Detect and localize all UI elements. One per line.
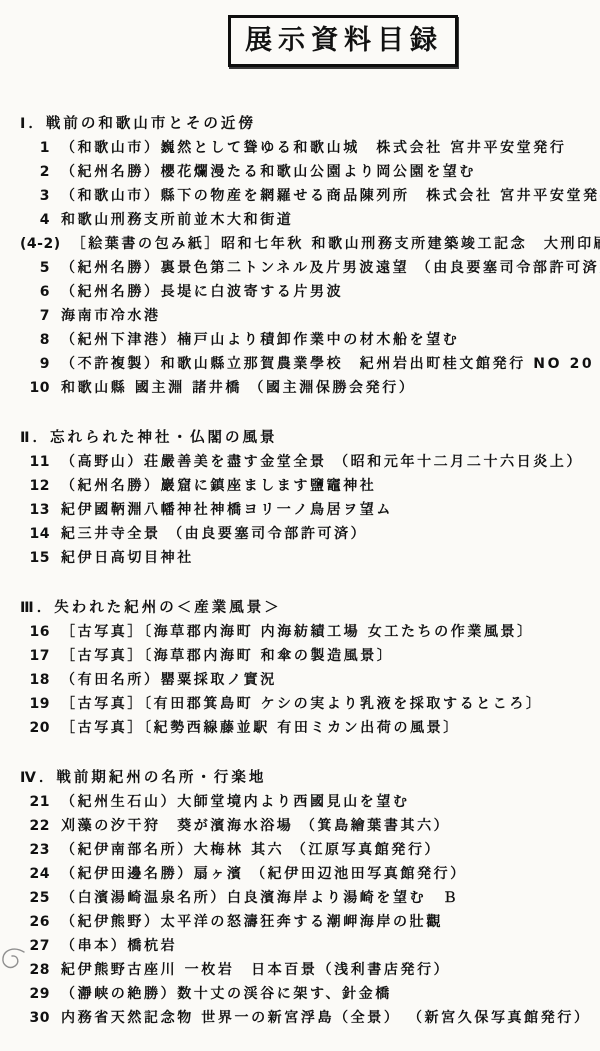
- item-text: （不許複製）和歌山縣立那賀農業學校 紀州岩出町桂文館発行 NO 20: [61, 352, 594, 376]
- item-text: （紀伊熊野）太平洋の怒濤狂奔する潮岬海岸の壯觀: [61, 910, 443, 934]
- item-number: 8: [20, 328, 50, 352]
- catalog-item-row: 24（紀伊田邊名勝）扇ヶ濱 （紀伊田辺池田写真館発行）: [20, 862, 598, 886]
- item-text: 紀三井寺全景 （由良要塞司令部許可済）: [61, 522, 367, 546]
- scanned-document-page: 展示資料目録 Ⅰ．戦前の和歌山市とその近傍1（和歌山市）巍然として聳ゆる和歌山城…: [0, 0, 600, 1051]
- item-text: （有田名所）罌粟採取ノ實況: [61, 668, 277, 692]
- item-text: （紀州生石山）大師堂境内より西國見山を望む: [61, 790, 410, 814]
- catalog-item-row: 2（紀州名勝）櫻花爛漫たる和歌山公園より岡公園を望む: [20, 160, 598, 184]
- catalog-item-row: 5（紀州名勝）裏景色第二トンネル及片男波遠望 （由良要塞司令部許可済）: [20, 256, 598, 280]
- item-number: 18: [20, 668, 50, 692]
- item-text: （和歌山市）縣下の物産を網羅せる商品陳列所 株式会社 宮井平安堂発行: [61, 184, 600, 208]
- catalog-item-row: 8（紀州下津港）楠戸山より積卸作業中の材木船を望む: [20, 328, 598, 352]
- catalog-item-row: 29（瀞峡の絶勝）数十丈の渓谷に架す、針金橋: [20, 982, 598, 1006]
- item-number: 13: [20, 498, 50, 522]
- catalog-item-row: 6（紀州名勝）長堤に白波寄する片男波: [20, 280, 598, 304]
- item-number: (4-2): [20, 232, 61, 256]
- catalog-item-row: 17［古写真］〔海草郡内海町 和傘の製造風景〕: [20, 644, 598, 668]
- item-text: （瀞峡の絶勝）数十丈の渓谷に架す、針金橋: [61, 982, 392, 1006]
- item-number: 4: [20, 208, 50, 232]
- item-text: ［古写真］〔有田郡箕島町 ケシの実より乳液を採取するところ〕: [61, 692, 543, 716]
- catalog-item-row: 30内務省天然記念物 世界一の新宮浮島（全景） （新宮久保写真館発行）: [20, 1006, 598, 1030]
- item-number: 21: [20, 790, 50, 814]
- catalog-section: Ⅱ．忘れられた神社・仏閣の風景11（高野山）荘嚴善美を盡す金堂全景 （昭和元年十…: [20, 426, 598, 570]
- section-heading: Ⅰ．戦前の和歌山市とその近傍: [20, 112, 598, 136]
- item-number: 25: [20, 886, 50, 910]
- item-text: （串本）橋杭岩: [61, 934, 177, 958]
- catalog-item-row: 13紀伊國鞆淵八幡神社神橋ヨリ一ノ鳥居ヲ望ム: [20, 498, 598, 522]
- catalog-item-row: 3（和歌山市）縣下の物産を網羅せる商品陳列所 株式会社 宮井平安堂発行: [20, 184, 598, 208]
- item-text: 海南市冷水港: [61, 304, 161, 328]
- page-title: 展示資料目録: [245, 27, 443, 54]
- item-number: 20: [20, 716, 50, 740]
- section-heading: Ⅲ．失われた紀州の＜産業風景＞: [20, 596, 598, 620]
- catalog-item-row: 15紀伊日高切目神社: [20, 546, 598, 570]
- catalog-item-row: 4和歌山刑務支所前並木大和街道: [20, 208, 598, 232]
- item-number: 30: [20, 1006, 50, 1030]
- catalog-item-row: 14紀三井寺全景 （由良要塞司令部許可済）: [20, 522, 598, 546]
- catalog-item-row: 16［古写真］〔海草郡内海町 内海紡績工場 女工たちの作業風景〕: [20, 620, 598, 644]
- item-number: 23: [20, 838, 50, 862]
- item-text: （紀州名勝）長堤に白波寄する片男波: [61, 280, 343, 304]
- catalog-item-row: 25（白濱湯崎温泉名所）白良濱海岸より湯崎を望む Ｂ: [20, 886, 598, 910]
- item-text: 和歌山縣 國主淵 諸井橋 （國主淵保勝会発行）: [61, 376, 415, 400]
- catalog-content: Ⅰ．戦前の和歌山市とその近傍1（和歌山市）巍然として聳ゆる和歌山城 株式会社 宮…: [20, 112, 598, 1030]
- catalog-item-row: 9（不許複製）和歌山縣立那賀農業學校 紀州岩出町桂文館発行 NO 20: [20, 352, 598, 376]
- item-text: （和歌山市）巍然として聳ゆる和歌山城 株式会社 宮井平安堂発行: [61, 136, 566, 160]
- item-number: 15: [20, 546, 50, 570]
- item-text: 和歌山刑務支所前並木大和街道: [61, 208, 293, 232]
- item-text: ［絵葉書の包み紙］昭和七年秋 和歌山刑務支所建築竣工記念 大刑印刷部製: [72, 232, 600, 256]
- catalog-item-row: 26（紀伊熊野）太平洋の怒濤狂奔する潮岬海岸の壯觀: [20, 910, 598, 934]
- item-number: 3: [20, 184, 50, 208]
- item-text: 内務省天然記念物 世界一の新宮浮島（全景） （新宮久保写真館発行）: [61, 1006, 591, 1030]
- item-text: （白濱湯崎温泉名所）白良濱海岸より湯崎を望む Ｂ: [61, 886, 459, 910]
- catalog-item-row: 10和歌山縣 國主淵 諸井橋 （國主淵保勝会発行）: [20, 376, 598, 400]
- catalog-item-row: 11（高野山）荘嚴善美を盡す金堂全景 （昭和元年十二月二十六日炎上）: [20, 450, 598, 474]
- catalog-item-row: 20［古写真］〔紀勢西線藤並駅 有田ミカン出荷の風景〕: [20, 716, 598, 740]
- item-number: 9: [20, 352, 50, 376]
- item-number: 24: [20, 862, 50, 886]
- item-text: （紀伊南部名所）大梅林 其六 （江原写真館発行）: [61, 838, 441, 862]
- catalog-item-row: 27（串本）橋杭岩: [20, 934, 598, 958]
- catalog-item-row: 18（有田名所）罌粟採取ノ實況: [20, 668, 598, 692]
- catalog-item-row: 1（和歌山市）巍然として聳ゆる和歌山城 株式会社 宮井平安堂発行: [20, 136, 598, 160]
- item-number: 5: [20, 256, 50, 280]
- handwritten-pen-mark-icon: [0, 946, 28, 988]
- item-text: （紀州名勝）巖窟に鎮座まします鹽竈神社: [61, 474, 376, 498]
- item-number: 2: [20, 160, 50, 184]
- catalog-section: Ⅳ．戦前期紀州の名所・行楽地21（紀州生石山）大師堂境内より西國見山を望む22刈…: [20, 766, 598, 1030]
- catalog-item-row: 21（紀州生石山）大師堂境内より西國見山を望む: [20, 790, 598, 814]
- section-heading: Ⅳ．戦前期紀州の名所・行楽地: [20, 766, 598, 790]
- item-number: 26: [20, 910, 50, 934]
- item-text: （紀州名勝）櫻花爛漫たる和歌山公園より岡公園を望む: [61, 160, 476, 184]
- item-text: （高野山）荘嚴善美を盡す金堂全景 （昭和元年十二月二十六日炎上）: [61, 450, 583, 474]
- item-text: 刈藻の汐干狩 葵が濱海水浴場 （箕島繪葉書其六）: [61, 814, 450, 838]
- catalog-item-row: (4-2)［絵葉書の包み紙］昭和七年秋 和歌山刑務支所建築竣工記念 大刑印刷部製: [20, 232, 598, 256]
- catalog-item-row: 7海南市冷水港: [20, 304, 598, 328]
- item-number: 19: [20, 692, 50, 716]
- item-number: 14: [20, 522, 50, 546]
- item-number: 6: [20, 280, 50, 304]
- item-text: ［古写真］〔海草郡内海町 内海紡績工場 女工たちの作業風景〕: [61, 620, 534, 644]
- catalog-item-row: 19［古写真］〔有田郡箕島町 ケシの実より乳液を採取するところ〕: [20, 692, 598, 716]
- item-text: ［古写真］〔海草郡内海町 和傘の製造風景〕: [61, 644, 393, 668]
- catalog-section: Ⅲ．失われた紀州の＜産業風景＞16［古写真］〔海草郡内海町 内海紡績工場 女工た…: [20, 596, 598, 740]
- catalog-item-row: 28紀伊熊野古座川 一枚岩 日本百景（浅利書店発行）: [20, 958, 598, 982]
- item-number: 17: [20, 644, 50, 668]
- section-heading: Ⅱ．忘れられた神社・仏閣の風景: [20, 426, 598, 450]
- item-number: 22: [20, 814, 50, 838]
- item-number: 12: [20, 474, 50, 498]
- item-text: 紀伊熊野古座川 一枚岩 日本百景（浅利書店発行）: [61, 958, 450, 982]
- catalog-item-row: 23（紀伊南部名所）大梅林 其六 （江原写真館発行）: [20, 838, 598, 862]
- item-text: （紀州下津港）楠戸山より積卸作業中の材木船を望む: [61, 328, 459, 352]
- item-text: 紀伊日高切目神社: [61, 546, 194, 570]
- title-box: 展示資料目録: [228, 15, 458, 67]
- item-text: （紀伊田邊名勝）扇ヶ濱 （紀伊田辺池田写真館発行）: [61, 862, 467, 886]
- item-number: 7: [20, 304, 50, 328]
- item-text: ［古写真］〔紀勢西線藤並駅 有田ミカン出荷の風景〕: [61, 716, 460, 740]
- item-number: 1: [20, 136, 50, 160]
- item-number: 11: [20, 450, 50, 474]
- item-text: 紀伊國鞆淵八幡神社神橋ヨリ一ノ鳥居ヲ望ム: [61, 498, 393, 522]
- catalog-item-row: 22刈藻の汐干狩 葵が濱海水浴場 （箕島繪葉書其六）: [20, 814, 598, 838]
- item-number: 10: [20, 376, 50, 400]
- catalog-item-row: 12（紀州名勝）巖窟に鎮座まします鹽竈神社: [20, 474, 598, 498]
- catalog-section: Ⅰ．戦前の和歌山市とその近傍1（和歌山市）巍然として聳ゆる和歌山城 株式会社 宮…: [20, 112, 598, 400]
- item-number: 16: [20, 620, 50, 644]
- item-text: （紀州名勝）裏景色第二トンネル及片男波遠望 （由良要塞司令部許可済）: [61, 256, 600, 280]
